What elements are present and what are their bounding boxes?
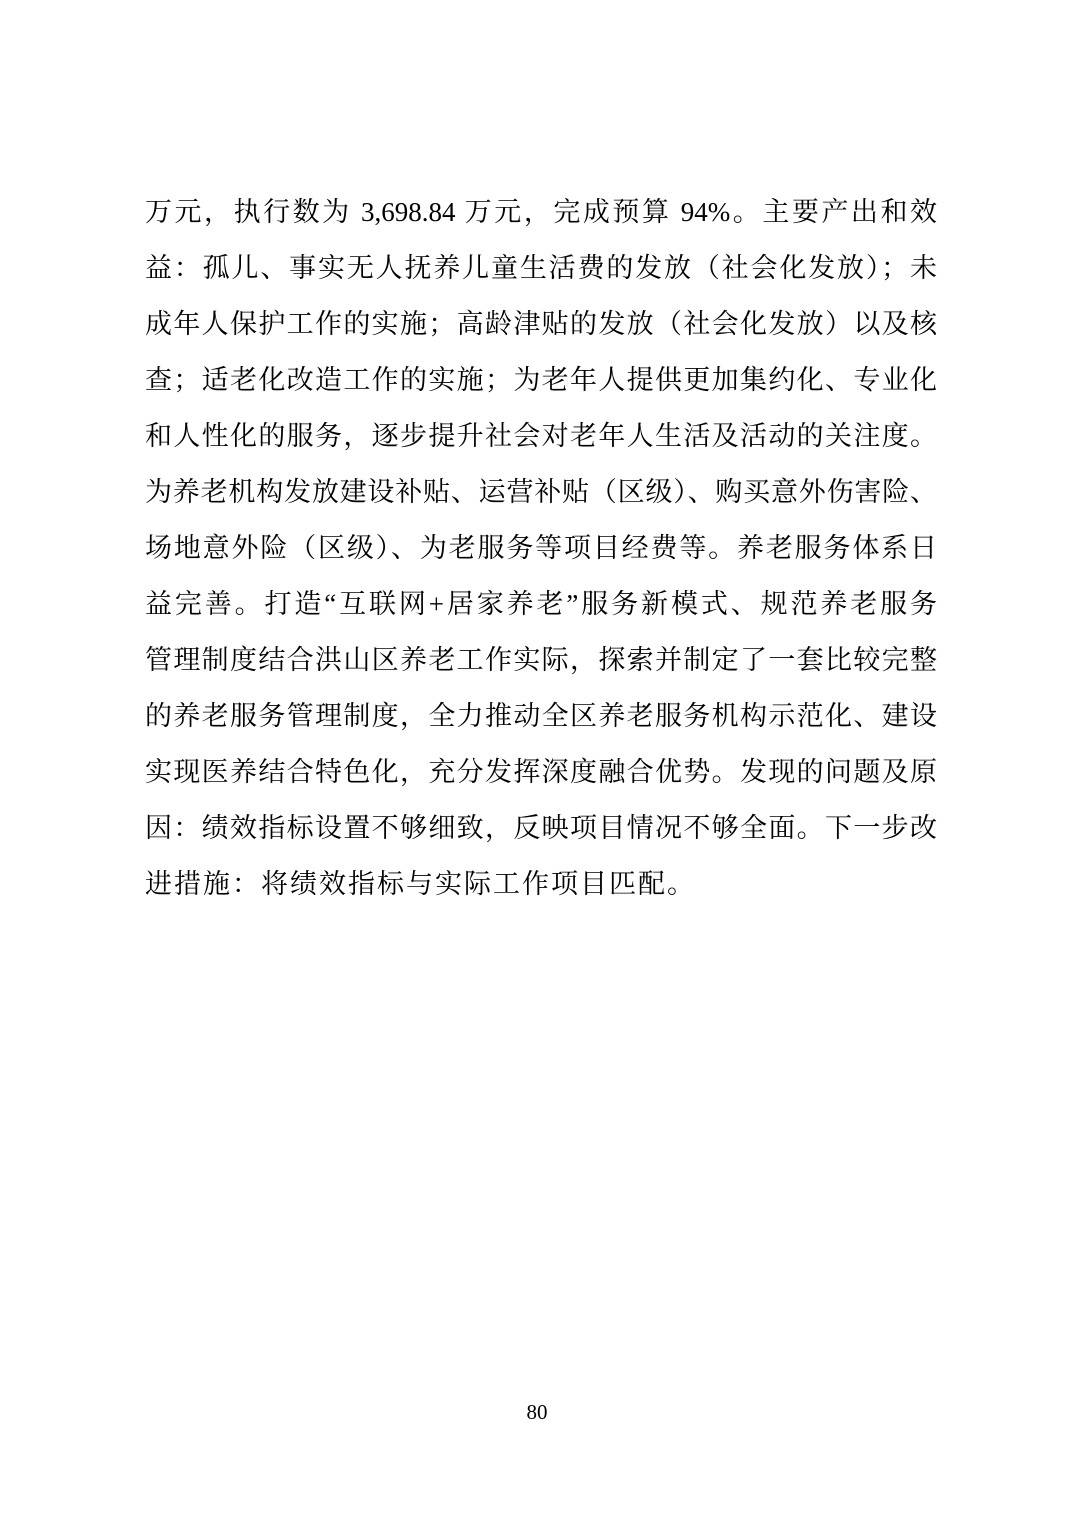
paragraph-line: 因：绩效指标设置不够细致，反映项目情况不够全面。下一步改 bbox=[145, 800, 937, 856]
page-footer: 80 bbox=[0, 1398, 1074, 1426]
paragraph-line: 实现医养结合特色化，充分发挥深度融合优势。发现的问题及原 bbox=[145, 744, 937, 800]
paragraph-line: 为养老机构发放建设补贴、运营补贴（区级）、购买意外伤害险、 bbox=[145, 464, 937, 520]
document-page: 万元，执行数为 3,698.84 万元，完成预算 94%。主要产出和效 益：孤儿… bbox=[0, 0, 1074, 1520]
paragraph-line: 进措施：将绩效指标与实际工作项目匹配。 bbox=[145, 856, 937, 912]
paragraph-line: 的养老服务管理制度，全力推动全区养老服务机构示范化、建设 bbox=[145, 688, 937, 744]
paragraph-line: 万元，执行数为 3,698.84 万元，完成预算 94%。主要产出和效 bbox=[145, 184, 937, 240]
paragraph-line: 益完善。打造“互联网+居家养老”服务新模式、规范养老服务 bbox=[145, 576, 937, 632]
paragraph-line: 成年人保护工作的实施；高龄津贴的发放（社会化发放）以及核 bbox=[145, 296, 937, 352]
paragraph-line: 场地意外险（区级）、为老服务等项目经费等。养老服务体系日 bbox=[145, 520, 937, 576]
page-number: 80 bbox=[527, 1398, 548, 1426]
paragraph-line: 查；适老化改造工作的实施；为老年人提供更加集约化、专业化 bbox=[145, 352, 937, 408]
report-paragraph: 万元，执行数为 3,698.84 万元，完成预算 94%。主要产出和效 益：孤儿… bbox=[145, 184, 937, 912]
paragraph-line: 和人性化的服务，逐步提升社会对老年人生活及活动的关注度。 bbox=[145, 408, 937, 464]
paragraph-line: 管理制度结合洪山区养老工作实际，探索并制定了一套比较完整 bbox=[145, 632, 937, 688]
paragraph-line: 益：孤儿、事实无人抚养儿童生活费的发放（社会化发放）；未 bbox=[145, 240, 937, 296]
